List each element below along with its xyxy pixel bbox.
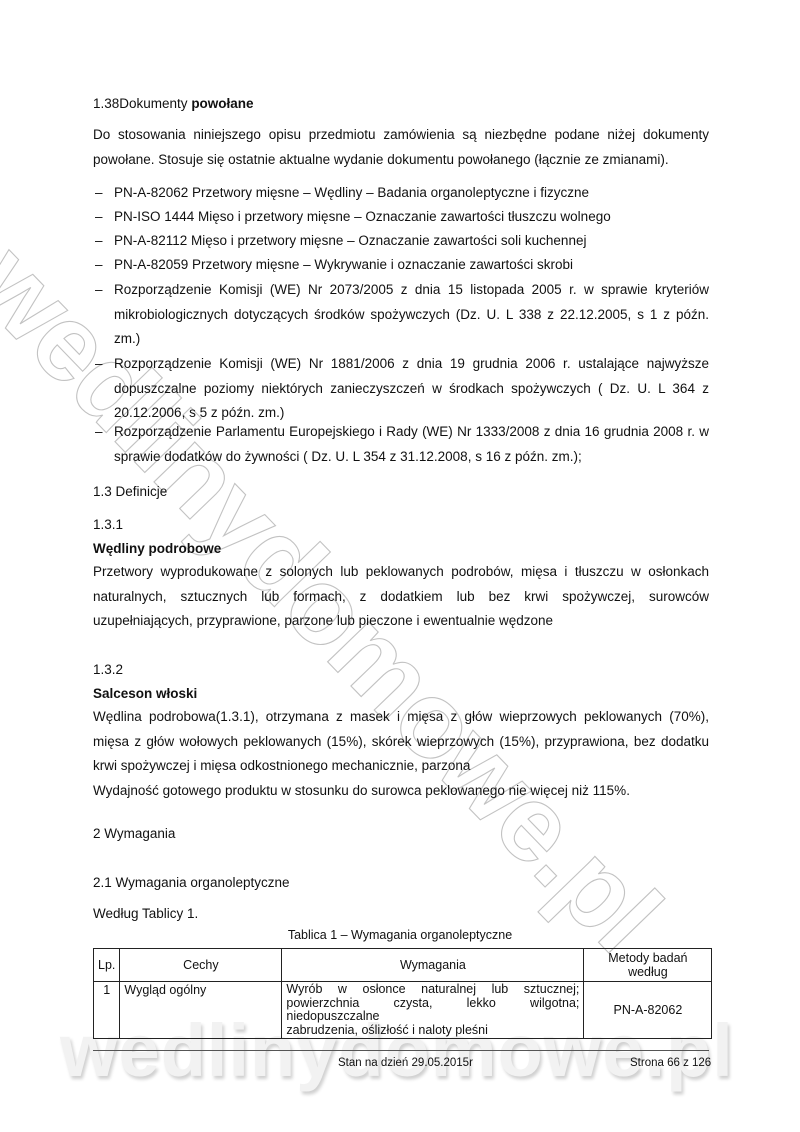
list-dash: –: [95, 278, 103, 303]
table-reference-text: Według Tablicy 1.: [93, 905, 198, 923]
section-heading-2: 2 Wymagania: [93, 825, 175, 843]
header-lp: Lp.: [94, 949, 120, 982]
list-dash: –: [95, 352, 103, 377]
definition-line: krwi spożywczej i mięsa odkostnionego me…: [93, 754, 709, 779]
definition-number-1-3-2: 1.3.2: [93, 661, 123, 679]
referenced-document-item: –Rozporządzenie Komisji (WE) Nr 2073/200…: [93, 278, 709, 352]
referenced-document-line: Rozporządzenie Parlamentu Europejskiego …: [114, 420, 709, 445]
referenced-document-item: –PN-A-82112 Mięso i przetwory mięsne – O…: [93, 229, 709, 254]
list-dash: –: [95, 229, 103, 254]
referenced-document-line: Rozporządzenie Komisji (WE) Nr 1881/2006…: [114, 352, 709, 377]
list-dash: –: [95, 420, 103, 445]
list-dash: –: [95, 253, 103, 278]
referenced-document-line: dopuszczalne poziomy niektórych zanieczy…: [114, 377, 709, 402]
section-title-plain: Dokumenty: [119, 96, 191, 111]
referenced-document-line: PN-A-82112 Mięso i przetwory mięsne – Oz…: [114, 229, 709, 254]
footer-page-number: Strona 66 z 126: [630, 1057, 711, 1069]
definition-number-1-3-1: 1.3.1: [93, 516, 123, 534]
cell-wymagania: Wyrób w osłonce naturalnej lub sztucznej…: [282, 982, 584, 1039]
referenced-document-line: PN-A-82059 Przetwory mięsne – Wykrywanie…: [114, 253, 709, 278]
list-dash: –: [95, 205, 103, 230]
section-number: 1.38: [93, 96, 119, 111]
header-cechy: Cechy: [120, 949, 282, 982]
definition-line: uzupełniających, przyprawione, parzone l…: [93, 609, 709, 634]
section-title-bold: powołane: [191, 96, 253, 111]
definition-line: Przetwory wyprodukowane z solonych lub p…: [93, 560, 709, 585]
referenced-document-line: mikrobiologicznych dotyczących środków s…: [114, 303, 709, 328]
document-page: wedlinydomowe.pl wedlinydomowe.pl 1.38Do…: [0, 0, 800, 1132]
cell-metody: PN-A-82062: [584, 982, 712, 1039]
footer-date: Stan na dzień 29.05.2015r: [338, 1057, 473, 1069]
cell-lp: 1: [94, 982, 120, 1039]
referenced-document-item: –PN-ISO 1444 Mięso i przetwory mięsne – …: [93, 205, 709, 230]
referenced-document-item: –PN-A-82062 Przetwory mięsne – Wędliny –…: [93, 181, 709, 206]
section-heading-1-3: 1.3 Definicje: [93, 483, 167, 501]
footer-divider: [93, 1050, 709, 1051]
table-row: 1 Wygląd ogólny Wyrób w osłonce naturaln…: [94, 982, 712, 1039]
referenced-document-line: Rozporządzenie Komisji (WE) Nr 2073/2005…: [114, 278, 709, 303]
definition-text-1-3-1: Przetwory wyprodukowane z solonych lub p…: [93, 560, 709, 634]
referenced-document-line: zm.): [114, 327, 709, 352]
referenced-document-line: PN-A-82062 Przetwory mięsne – Wędliny – …: [114, 181, 709, 206]
referenced-document-line: sprawie dodatków do żywności ( Dz. U. L …: [114, 445, 709, 470]
header-metody: Metody badań według: [584, 949, 712, 982]
referenced-document-item: –Rozporządzenie Komisji (WE) Nr 1881/200…: [93, 352, 709, 426]
intro-line-2: powołane. Stosuje się ostatnie aktualne …: [93, 148, 709, 173]
table-caption: Tablica 1 – Wymagania organoleptyczne: [0, 928, 800, 942]
list-dash: –: [95, 181, 103, 206]
referenced-document-item: –Rozporządzenie Parlamentu Europejskiego…: [93, 420, 709, 469]
requirement-line: zabrudzenia, oślizłość i naloty pleśni: [286, 1024, 579, 1038]
definition-line: mięsa z głów wołowych peklowanych (15%),…: [93, 730, 709, 755]
definition-term-salceson-wloski: Salceson włoski: [93, 685, 197, 703]
definition-text-1-3-2: Wędlina podrobowa(1.3.1), otrzymana z ma…: [93, 705, 709, 803]
intro-line-1: Do stosowania niniejszego opisu przedmio…: [93, 123, 709, 148]
requirement-line: powierzchnia czysta, lekko wilgotna; nie…: [286, 997, 579, 1024]
definition-line: Wydajność gotowego produktu w stosunku d…: [93, 779, 709, 804]
definition-term-wedliny-podrobowe: Wędliny podrobowe: [93, 540, 221, 558]
referenced-document-line: PN-ISO 1444 Mięso i przetwory mięsne – O…: [114, 205, 709, 230]
organoleptic-requirements-table: Lp. Cechy Wymagania Metody badań według …: [93, 948, 712, 1039]
intro-paragraph: Do stosowania niniejszego opisu przedmio…: [93, 123, 709, 172]
table-header-row: Lp. Cechy Wymagania Metody badań według: [94, 949, 712, 982]
definition-line: Wędlina podrobowa(1.3.1), otrzymana z ma…: [93, 705, 709, 730]
definition-line: naturalnych, sztucznych lub formach, z d…: [93, 585, 709, 610]
header-wymagania: Wymagania: [282, 949, 584, 982]
requirement-line: Wyrób w osłonce naturalnej lub sztucznej…: [286, 983, 579, 997]
section-heading-1-38: 1.38Dokumenty powołane: [93, 95, 254, 113]
cell-cechy: Wygląd ogólny: [120, 982, 282, 1039]
section-heading-2-1: 2.1 Wymagania organoleptyczne: [93, 874, 290, 892]
referenced-document-item: –PN-A-82059 Przetwory mięsne – Wykrywani…: [93, 253, 709, 278]
